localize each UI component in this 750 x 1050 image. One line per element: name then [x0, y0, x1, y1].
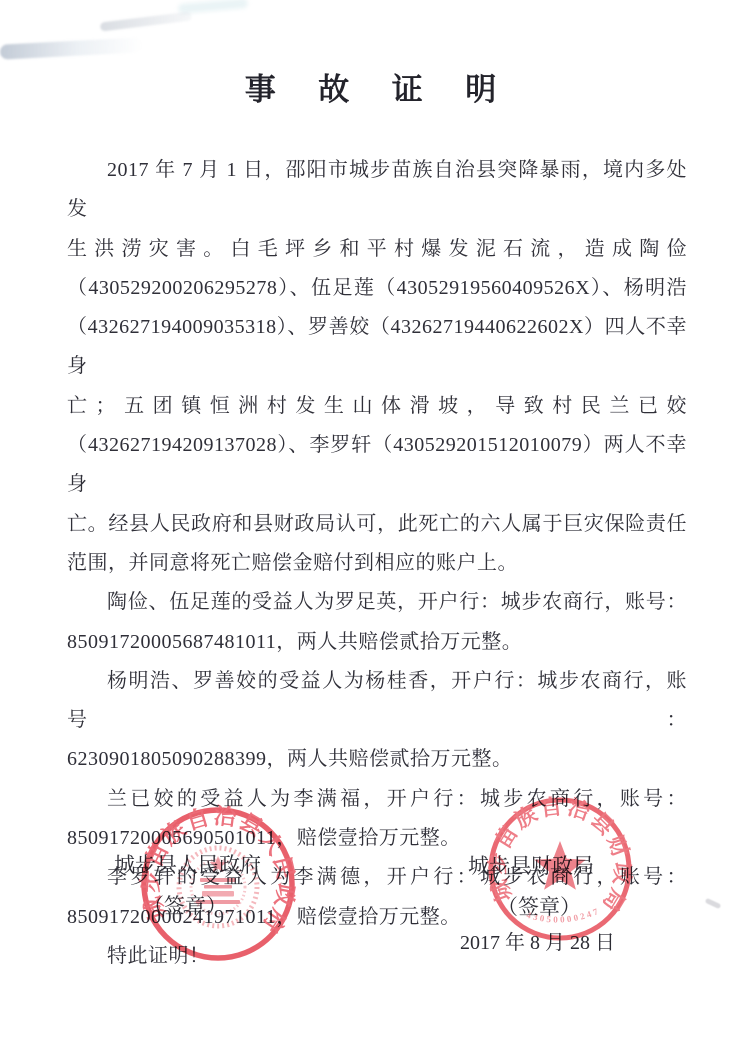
- scan-smudge: [178, 0, 249, 14]
- scan-smudge: [100, 11, 192, 31]
- document-page: 事 故 证 明 2017 年 7 月 1 日，邵阳市城步苗族自治县突降暴雨，境内…: [0, 0, 750, 1050]
- finance-signature-org: 城步县财政局: [468, 850, 594, 880]
- finance-signature-note: （签章）: [497, 891, 581, 921]
- government-signature-org: 城步县人民政府: [114, 849, 261, 879]
- body-line: 85091720005687481011，两人共赔偿贰拾万元整。: [67, 623, 687, 662]
- body-line: （430529200206295278）、伍足莲（430529195604095…: [67, 269, 687, 308]
- body-line: （432627194009035318）、罗善姣（432627194406226…: [67, 308, 687, 387]
- body-line: 亡；五团镇恒洲村发生山体滑坡，导致村民兰已姣: [67, 387, 687, 426]
- body-line: 6230901805090288399，两人共赔偿贰拾万元整。: [67, 740, 687, 779]
- scan-smudge: [0, 37, 142, 59]
- body-line: 生洪涝灾害。白毛坪乡和平村爆发泥石流，造成陶俭: [67, 230, 687, 269]
- body-line: 2017 年 7 月 1 日，邵阳市城步苗族自治县突降暴雨，境内多处发: [67, 151, 687, 230]
- document-title: 事 故 证 明: [0, 64, 750, 109]
- body-line: 兰已姣的受益人为李满福，开户行：城步农商行，账号：: [67, 780, 687, 819]
- body-line: 杨明浩、罗善姣的受益人为杨桂香，开户行：城步农商行，账号：: [67, 662, 687, 741]
- body-line: 亡。经县人民政府和县财政局认可，此死亡的六人属于巨灾保险责任: [67, 505, 687, 544]
- scan-smudge: [705, 898, 722, 909]
- government-signature-note: （签章）: [143, 890, 227, 920]
- body-line: 范围，并同意将死亡赔偿金赔付到相应的账户上。: [67, 544, 687, 583]
- body-line: （432627194209137028）、李罗轩（430529201512010…: [67, 426, 687, 505]
- signature-date: 2017 年 8 月 28 日: [460, 926, 615, 955]
- body-line: 陶俭、伍足莲的受益人为罗足英，开户行：城步农商行，账号：: [67, 583, 687, 622]
